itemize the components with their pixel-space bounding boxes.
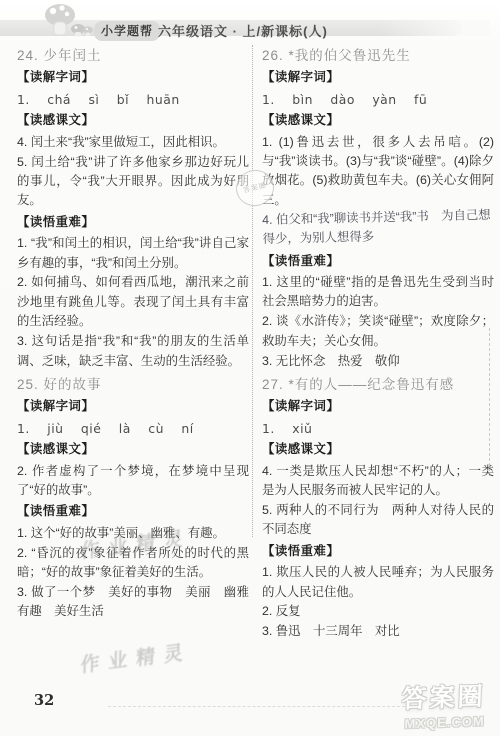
section-heading: 【读悟重难】 [262, 542, 494, 561]
section-heading: 【读悟重难】 [262, 252, 494, 271]
right-answer-column: 26. *我的伯父鲁迅先生【读解字词】1. bìn dào yàn fū【读感课… [262, 42, 494, 642]
answer-text: 1. 这里的“碰壁”指的是鲁迅先生受到当时社会黑暗势力的迫害。 [262, 273, 494, 312]
answer-site-url: MXQE.COM [392, 713, 496, 732]
footer-rule [108, 706, 420, 707]
answer-site-logo-text: 答案圈 [391, 676, 496, 716]
answer-site-logo: 答案圈 MXQE.COM [391, 676, 497, 732]
edition-title: 六年级语文 · 上/新课标(人) [158, 21, 328, 40]
answer-text: 2. 反复 [262, 602, 494, 621]
answer-text: 2. 谈《水浒传》；笑谈“碰壁”；欢度除夕；救助车夫；关心女佣。 [262, 312, 494, 351]
section-heading: 【读解字词】 [262, 397, 494, 416]
pinyin-answer: 1. jiù qié là cù ní [17, 419, 249, 438]
page-number: 32 [34, 692, 54, 709]
answer-text: 2. 如何捕鸟、如何看西瓜地，潮汛来之前沙地里有跳鱼儿等。表现了闰土具有丰富的生… [17, 273, 249, 331]
section-heading: 【读解字词】 [17, 68, 249, 87]
answer-text: 1. 欺压人民的人被人民唾弃；为人民服务的人人民记住他。 [262, 563, 494, 602]
answer-text: 4. 闰土来“我”家里做短工，因此相识。 [17, 133, 249, 152]
pinyin-answer: 1. bìn dào yàn fū [262, 90, 494, 109]
header-ribbon-fade [380, 20, 490, 36]
answer-text: 3. 这句话是指“我”和“我”的朋友的生活单调、乏味，缺乏丰富、生动的生活经验。 [17, 332, 249, 371]
mushroom-pair-icon [70, 23, 94, 42]
answer-text: 5. 两种人的不同行为 两种人对待人民的不同态度 [262, 501, 494, 540]
lesson-heading: 26. *我的伯父鲁迅先生 [262, 46, 494, 65]
section-heading: 【读解字词】 [17, 397, 249, 416]
section-heading: 【读感课文】 [262, 111, 494, 130]
pinyin-answer: 1. xiǔ [262, 419, 494, 438]
lesson-heading: 27. *有的人——纪念鲁迅有感 [262, 375, 494, 394]
section-heading: 【读悟重难】 [17, 502, 249, 521]
lesson-heading: 25. 好的故事 [17, 375, 249, 394]
column-divider [252, 45, 253, 537]
answer-text: 3. 鲁迅 十三周年 对比 [262, 622, 494, 641]
section-heading: 【读悟重难】 [17, 213, 249, 232]
section-heading: 【读解字词】 [262, 68, 494, 87]
workbook-answer-page: 小学题帮 六年级语文 · 上/新课标(人) 24. 少年闰土【读解字词】1. c… [0, 0, 500, 736]
handwritten-answer: 4. 伯父和“我”聊读书并送“我”书 为自己想得少，为别人想得多 [262, 205, 495, 249]
answer-text: 1. (1)鲁迅去世，很多人去吊唁。(2)与“我”谈读书。(3)与“我”谈“碰壁… [262, 133, 494, 211]
lesson-heading: 24. 少年闰土 [17, 46, 249, 65]
answer-text: 1. “我”和闰土的相识，闰土给“我”讲自己家乡有趣的事，“我”和闰土分别。 [17, 234, 249, 273]
answer-text: 3. 无比怀念 热爱 敬仰 [262, 352, 494, 371]
brand-badge: 小学题帮 [94, 21, 160, 41]
answer-text: 3. 做了一个梦 美好的事物 美丽 幽雅 有趣 美好生活 [17, 583, 249, 622]
section-heading: 【读感课文】 [262, 440, 494, 459]
answer-text: 2. 作者虚构了一个梦境，在梦境中呈现了“好的故事”。 [17, 462, 249, 501]
answer-text: 5. 闰土给“我”讲了许多他家乡那边好玩儿的事儿，令“我”大开眼界。因此成为好朋… [17, 153, 249, 211]
section-heading: 【读感课文】 [17, 440, 249, 459]
section-heading: 【读感课文】 [17, 111, 249, 130]
answer-text: 4. 一类是欺压人民却想“不朽”的人；一类是为人民服务而被人民牢记的人。 [262, 462, 494, 501]
pinyin-answer: 1. chá sì bǐ huān [17, 90, 249, 109]
grunge-watermark: 作业精灵 [80, 631, 239, 678]
